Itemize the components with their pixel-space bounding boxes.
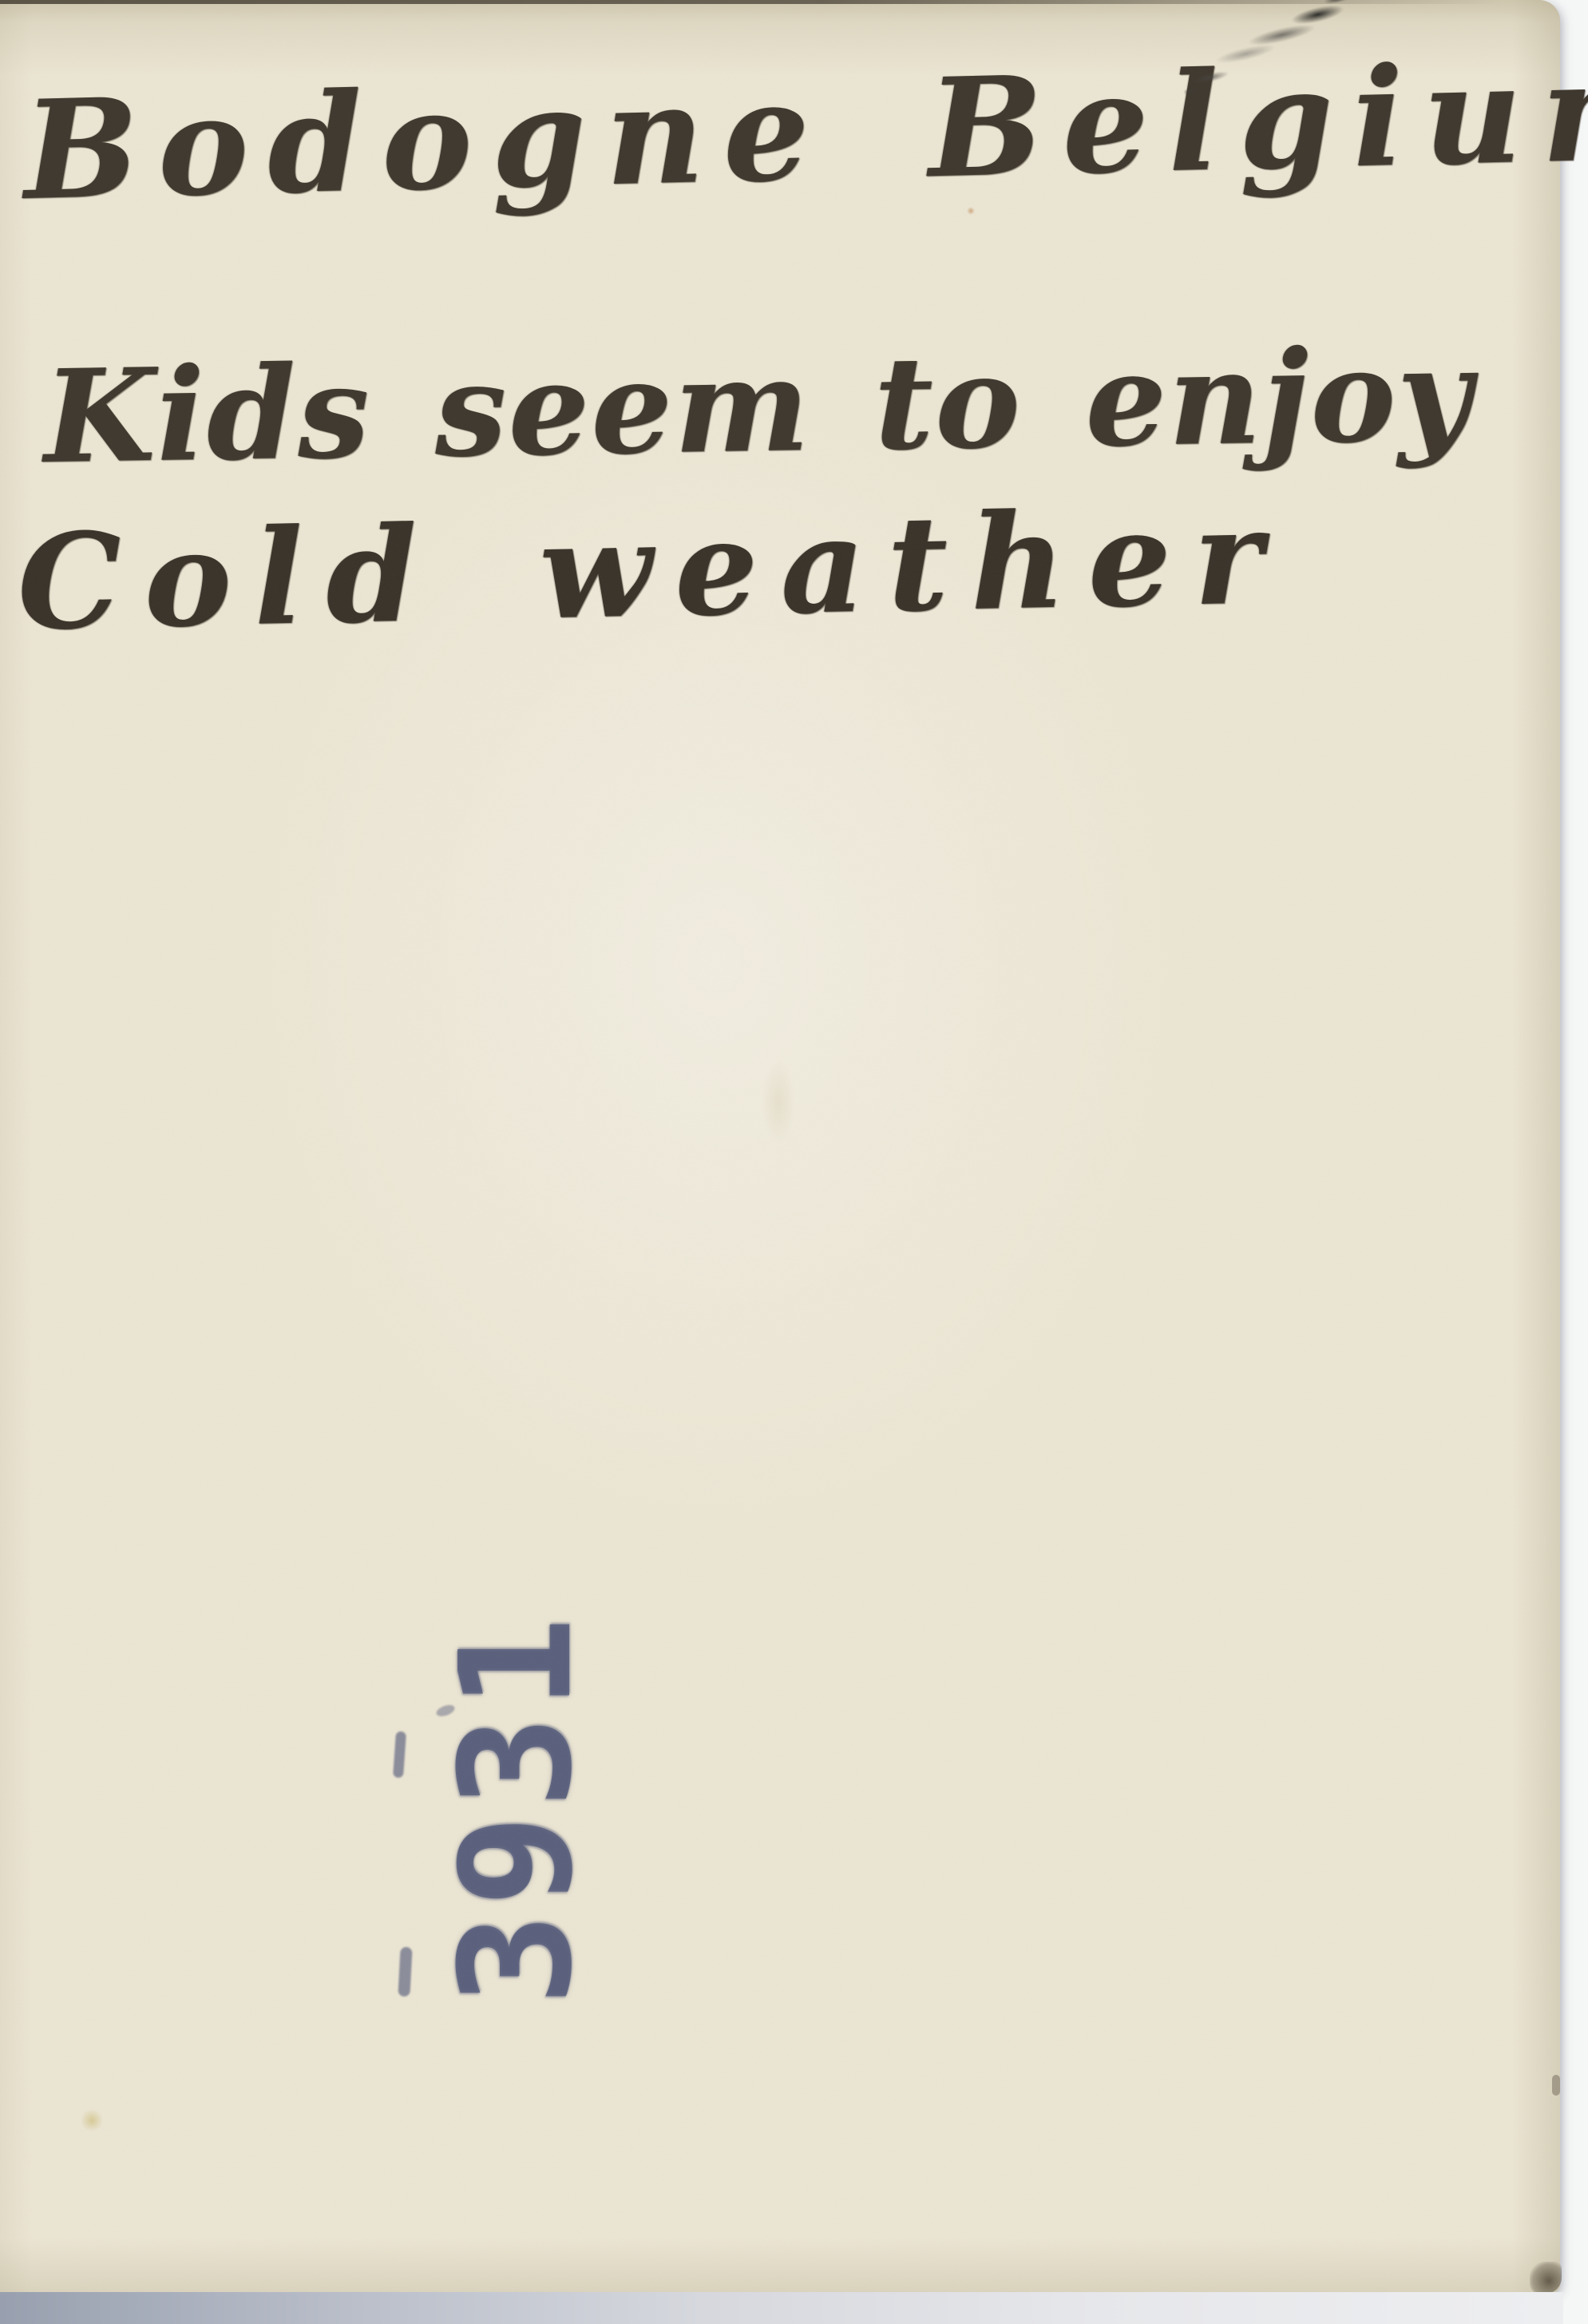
scanner-background: Bodogne Belgium Kids seem to enjoy Cold …	[0, 0, 1588, 2324]
handwriting-line-2: Kids seem to enjoy	[43, 331, 1474, 481]
handwriting-line-1: Bodogne Belgium	[22, 42, 1588, 219]
paper-bottom-shadow	[0, 2292, 1563, 2324]
stamp-stray-mark-1	[393, 1731, 406, 1779]
stamp-stray-mark-2	[398, 1947, 412, 1997]
corner-smudge	[1530, 2262, 1562, 2294]
stamp-number: 3931	[433, 1561, 600, 2056]
paper-top-edge	[0, 0, 1501, 4]
edge-fleck	[1552, 2075, 1560, 2096]
photo-back-paper: Bodogne Belgium Kids seem to enjoy Cold …	[0, 0, 1560, 2294]
handwriting-line-3: Cold weather	[16, 491, 1286, 648]
